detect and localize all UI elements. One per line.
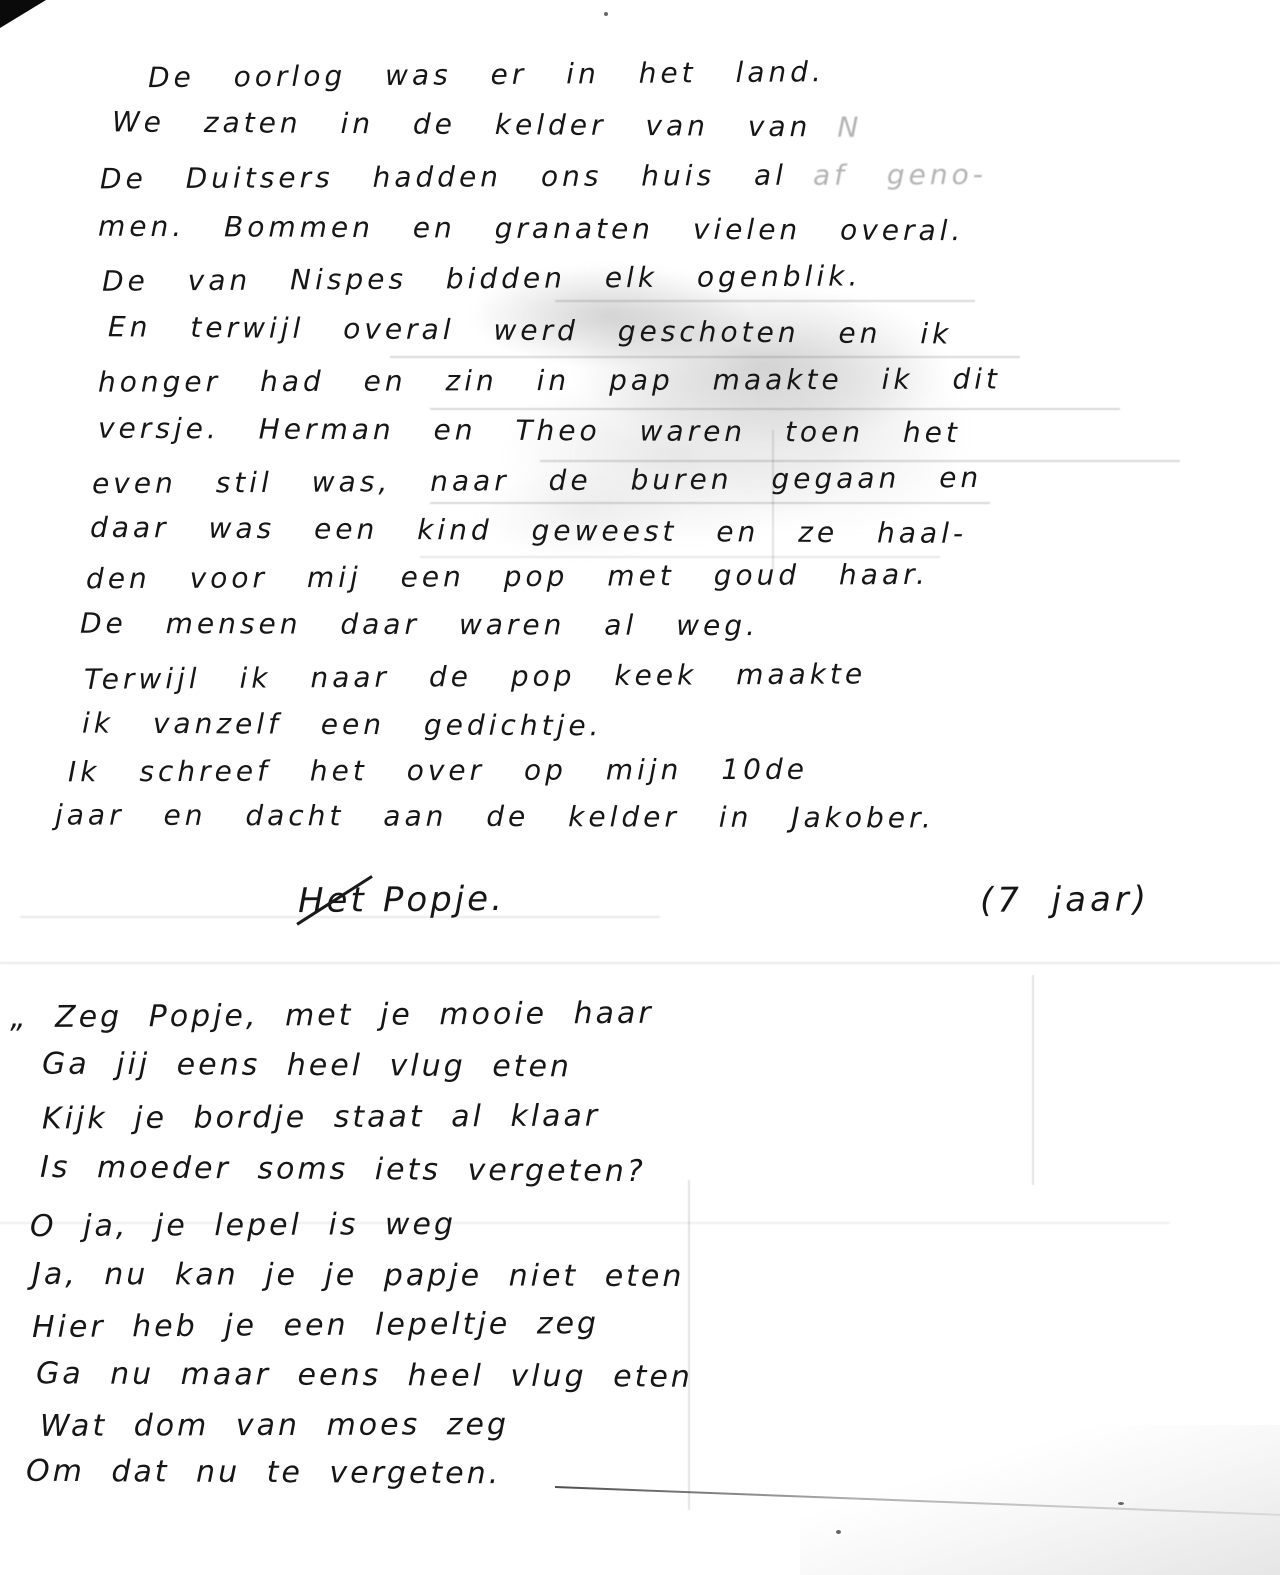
line-text: De Duitsers hadden ons huis al bbox=[100, 159, 787, 196]
intro-line-6: En terwijl overal werd geschoten en ik bbox=[108, 310, 979, 351]
ruled-guideline bbox=[430, 408, 1120, 410]
poem-title-text: Popje. bbox=[383, 879, 505, 920]
poem-line-2: Ga jij eens heel vlug eten bbox=[42, 1047, 572, 1085]
line-text: De van Nispes bidden elk ogenblik. bbox=[102, 259, 861, 297]
poem-line-6: Ja, nu kan je je papje niet eten bbox=[32, 1257, 685, 1294]
age-annotation: (7 jaar) bbox=[980, 879, 1150, 920]
poem-line-1: „ Zeg Popje, met je mooie haar bbox=[10, 996, 654, 1035]
intro-line-1: De oorlog was er in het land. bbox=[148, 55, 851, 94]
line-faded-text: af geno- bbox=[813, 158, 987, 192]
intro-line-16: jaar en dacht aan de kelder in Jakober. bbox=[55, 798, 961, 834]
fold-crease-vertical bbox=[688, 1180, 690, 1510]
intro-line-4: men. Bommen en granaten vielen overal. bbox=[98, 210, 991, 248]
ruled-guideline bbox=[430, 502, 990, 504]
intro-line-5: De van Nispes bidden elk ogenblik. bbox=[102, 259, 887, 297]
fold-crease-vertical bbox=[772, 430, 774, 570]
intro-line-8: versje. Herman en Theo waren toen het bbox=[98, 412, 987, 450]
poem-line-10: Om dat nu te vergeten. bbox=[26, 1454, 501, 1491]
fold-crease-vertical bbox=[1032, 975, 1034, 1185]
scanned-handwritten-page: De oorlog was er in het land. We zaten i… bbox=[0, 0, 1280, 1575]
line-text: Terwijl ik naar de pop keek maakte bbox=[84, 657, 866, 695]
line-text: We zaten in de kelder van van bbox=[112, 105, 812, 143]
ruled-guideline bbox=[390, 356, 1020, 358]
ruled-guideline bbox=[555, 300, 975, 302]
poem-line-5: O ja, je lepel is weg bbox=[30, 1207, 456, 1244]
intro-line-2: We zaten in de kelder van vanN bbox=[112, 105, 862, 143]
intro-line-3: De Duitsers hadden ons huis alaf geno- bbox=[100, 158, 987, 196]
scan-speck bbox=[836, 1530, 841, 1534]
line-faded-text: N bbox=[837, 110, 862, 143]
intro-line-10: daar was een kind geweest en ze haal- bbox=[90, 511, 993, 550]
line-text: honger had en zin in pap maakte ik dit bbox=[98, 362, 1001, 398]
intro-line-12: De mensen daar waren al weg. bbox=[80, 607, 785, 642]
poem-title: HetPopje. bbox=[298, 879, 505, 921]
poem-line-9: Wat dom van moes zeg bbox=[40, 1407, 509, 1444]
line-text: versje. Herman en Theo waren toen het bbox=[98, 412, 961, 450]
line-text: En terwijl overal werd geschoten en ik bbox=[108, 310, 953, 350]
line-text: den voor mij een pop met goud haar. bbox=[86, 558, 929, 595]
poem-line-4: Is moeder soms iets vergeten? bbox=[40, 1150, 646, 1189]
poem-line-7: Hier heb je een lepeltje zeg bbox=[32, 1306, 599, 1345]
line-text: even stil was, naar de buren gegaan en bbox=[92, 461, 982, 500]
line-text: men. Bommen en granaten vielen overal. bbox=[98, 210, 965, 248]
intro-line-15: Ik schreef het over op mijn 10de bbox=[68, 753, 834, 789]
line-text: De oorlog was er in het land. bbox=[148, 55, 825, 94]
line-text: ik vanzelf een gedichtje. bbox=[82, 707, 603, 743]
scan-speck bbox=[1118, 1502, 1124, 1505]
line-text: De mensen daar waren al weg. bbox=[80, 607, 759, 642]
line-text: jaar en dacht aan de kelder in Jakober. bbox=[55, 798, 935, 834]
fold-crease-horizontal bbox=[0, 962, 1280, 964]
intro-line-7: honger had en zin in pap maakte ik dit bbox=[98, 362, 1027, 398]
intro-line-9: even stil was, naar de buren gegaan en bbox=[92, 461, 1008, 500]
scan-corner-artifact bbox=[0, 0, 46, 28]
poem-line-8: Ga nu maar eens heel vlug eten bbox=[36, 1356, 693, 1394]
intro-line-14: ik vanzelf een gedichtje. bbox=[82, 707, 629, 743]
intro-line-13: Terwijl ik naar de pop keek maakte bbox=[84, 657, 892, 696]
line-text: Ik schreef het over op mijn 10de bbox=[68, 753, 808, 789]
scan-speck bbox=[604, 12, 608, 16]
poem-line-3: Kijk je bordje staat al klaar bbox=[42, 1099, 600, 1137]
fold-crease-diagonal bbox=[555, 1486, 1280, 1516]
intro-line-11: den voor mij een pop met goud haar. bbox=[86, 558, 955, 596]
struck-out-word: Het bbox=[298, 880, 367, 921]
line-text: daar was een kind geweest en ze haal- bbox=[90, 511, 967, 550]
